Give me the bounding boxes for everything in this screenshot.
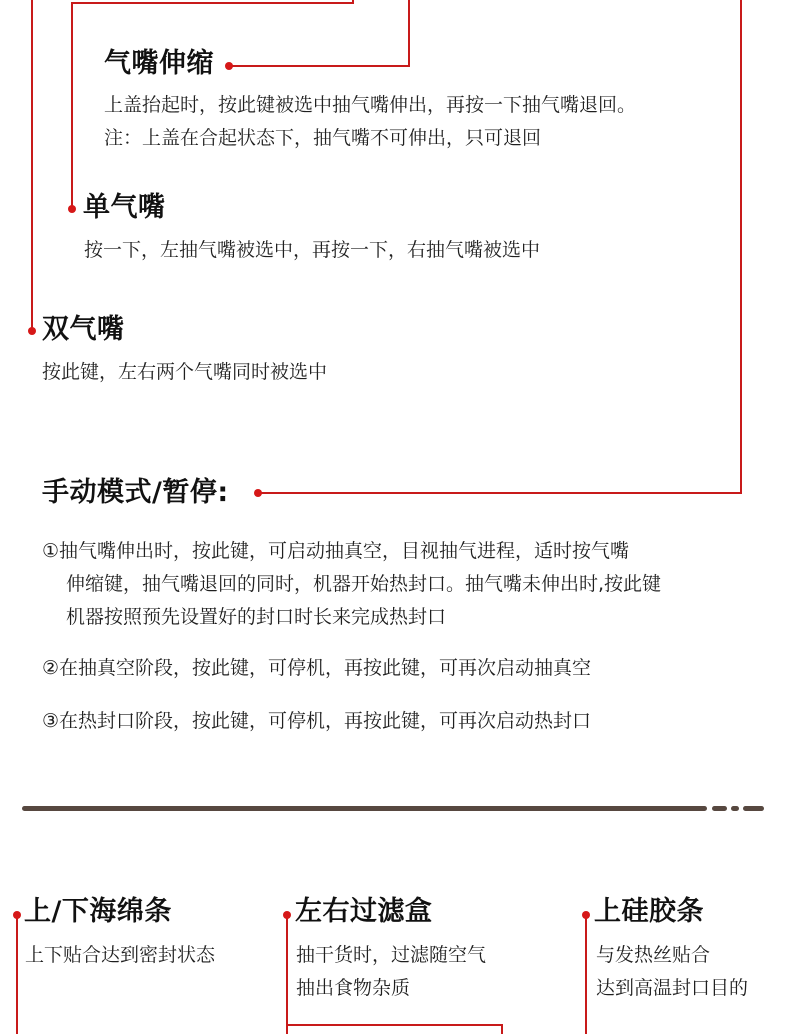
nozzle-retract-title: 气嘴伸缩 [104,47,214,81]
connector-line [286,914,288,1034]
manual-pause-title: 手动模式/暂停: [42,476,229,510]
single-nozzle-title: 单气嘴 [83,191,166,225]
double-nozzle-desc: 按此键，左右两个气嘴同时被选中 [42,356,327,389]
connector-line [71,2,73,209]
connector-line [585,914,587,1034]
connector-line [71,2,354,4]
part-filter-desc-2: 抽出食物杂质 [296,972,410,1005]
part-silicone-desc-1: 与发热丝贴合 [596,939,710,972]
part-silicone-desc-2: 达到高温封口目的 [596,972,748,1005]
connector-line [231,65,410,67]
connector-line [260,492,742,494]
nozzle-retract-note: 注：上盖在合起状态下，抽气嘴不可伸出，只可退回 [104,122,541,155]
marker-dot [28,327,36,335]
marker-dot [68,205,76,213]
marker-dot [582,911,590,919]
part-sponge-title: 上/下海绵条 [24,895,172,929]
connector-line [408,0,410,67]
part-sponge-desc: 上下贴合达到密封状态 [25,939,215,972]
manual-item-1-line-2: 伸缩键，抽气嘴退回的同时，机器开始热封口。抽气嘴未伸出时,按此键 [66,568,661,601]
manual-item-3: ③在热封口阶段，按此键，可停机，再按此键，可再次启动热封口 [42,705,591,738]
marker-dot [254,489,262,497]
double-nozzle-title: 双气嘴 [42,313,125,347]
part-silicone-title: 上硅胶条 [594,895,704,929]
single-nozzle-desc: 按一下，左抽气嘴被选中，再按一下，右抽气嘴被选中 [84,234,540,267]
divider-dot [731,806,739,811]
connector-line [286,1024,503,1026]
divider-dash [712,806,727,811]
manual-item-1-line-3: 机器按照预先设置好的封口时长来完成热封口 [66,601,446,634]
divider-dash [743,806,764,811]
manual-item-2: ②在抽真空阶段，按此键，可停机，再按此键，可再次启动抽真空 [42,652,591,685]
manual-item-1-line-1: ①抽气嘴伸出时，按此键，可启动抽真空，目视抽气进程，适时按气嘴 [42,535,629,568]
marker-dot [283,911,291,919]
marker-dot [225,62,233,70]
marker-dot [13,911,21,919]
connector-line [31,0,33,331]
connector-line [501,1024,503,1034]
nozzle-retract-desc: 上盖抬起时，按此键被选中抽气嘴伸出，再按一下抽气嘴退回。 [104,89,636,122]
connector-line [740,0,742,494]
part-filter-title: 左右过滤盒 [295,895,433,929]
connector-line [16,914,18,1034]
section-divider [22,806,707,811]
connector-line [352,0,354,4]
part-filter-desc-1: 抽干货时，过滤随空气 [296,939,486,972]
